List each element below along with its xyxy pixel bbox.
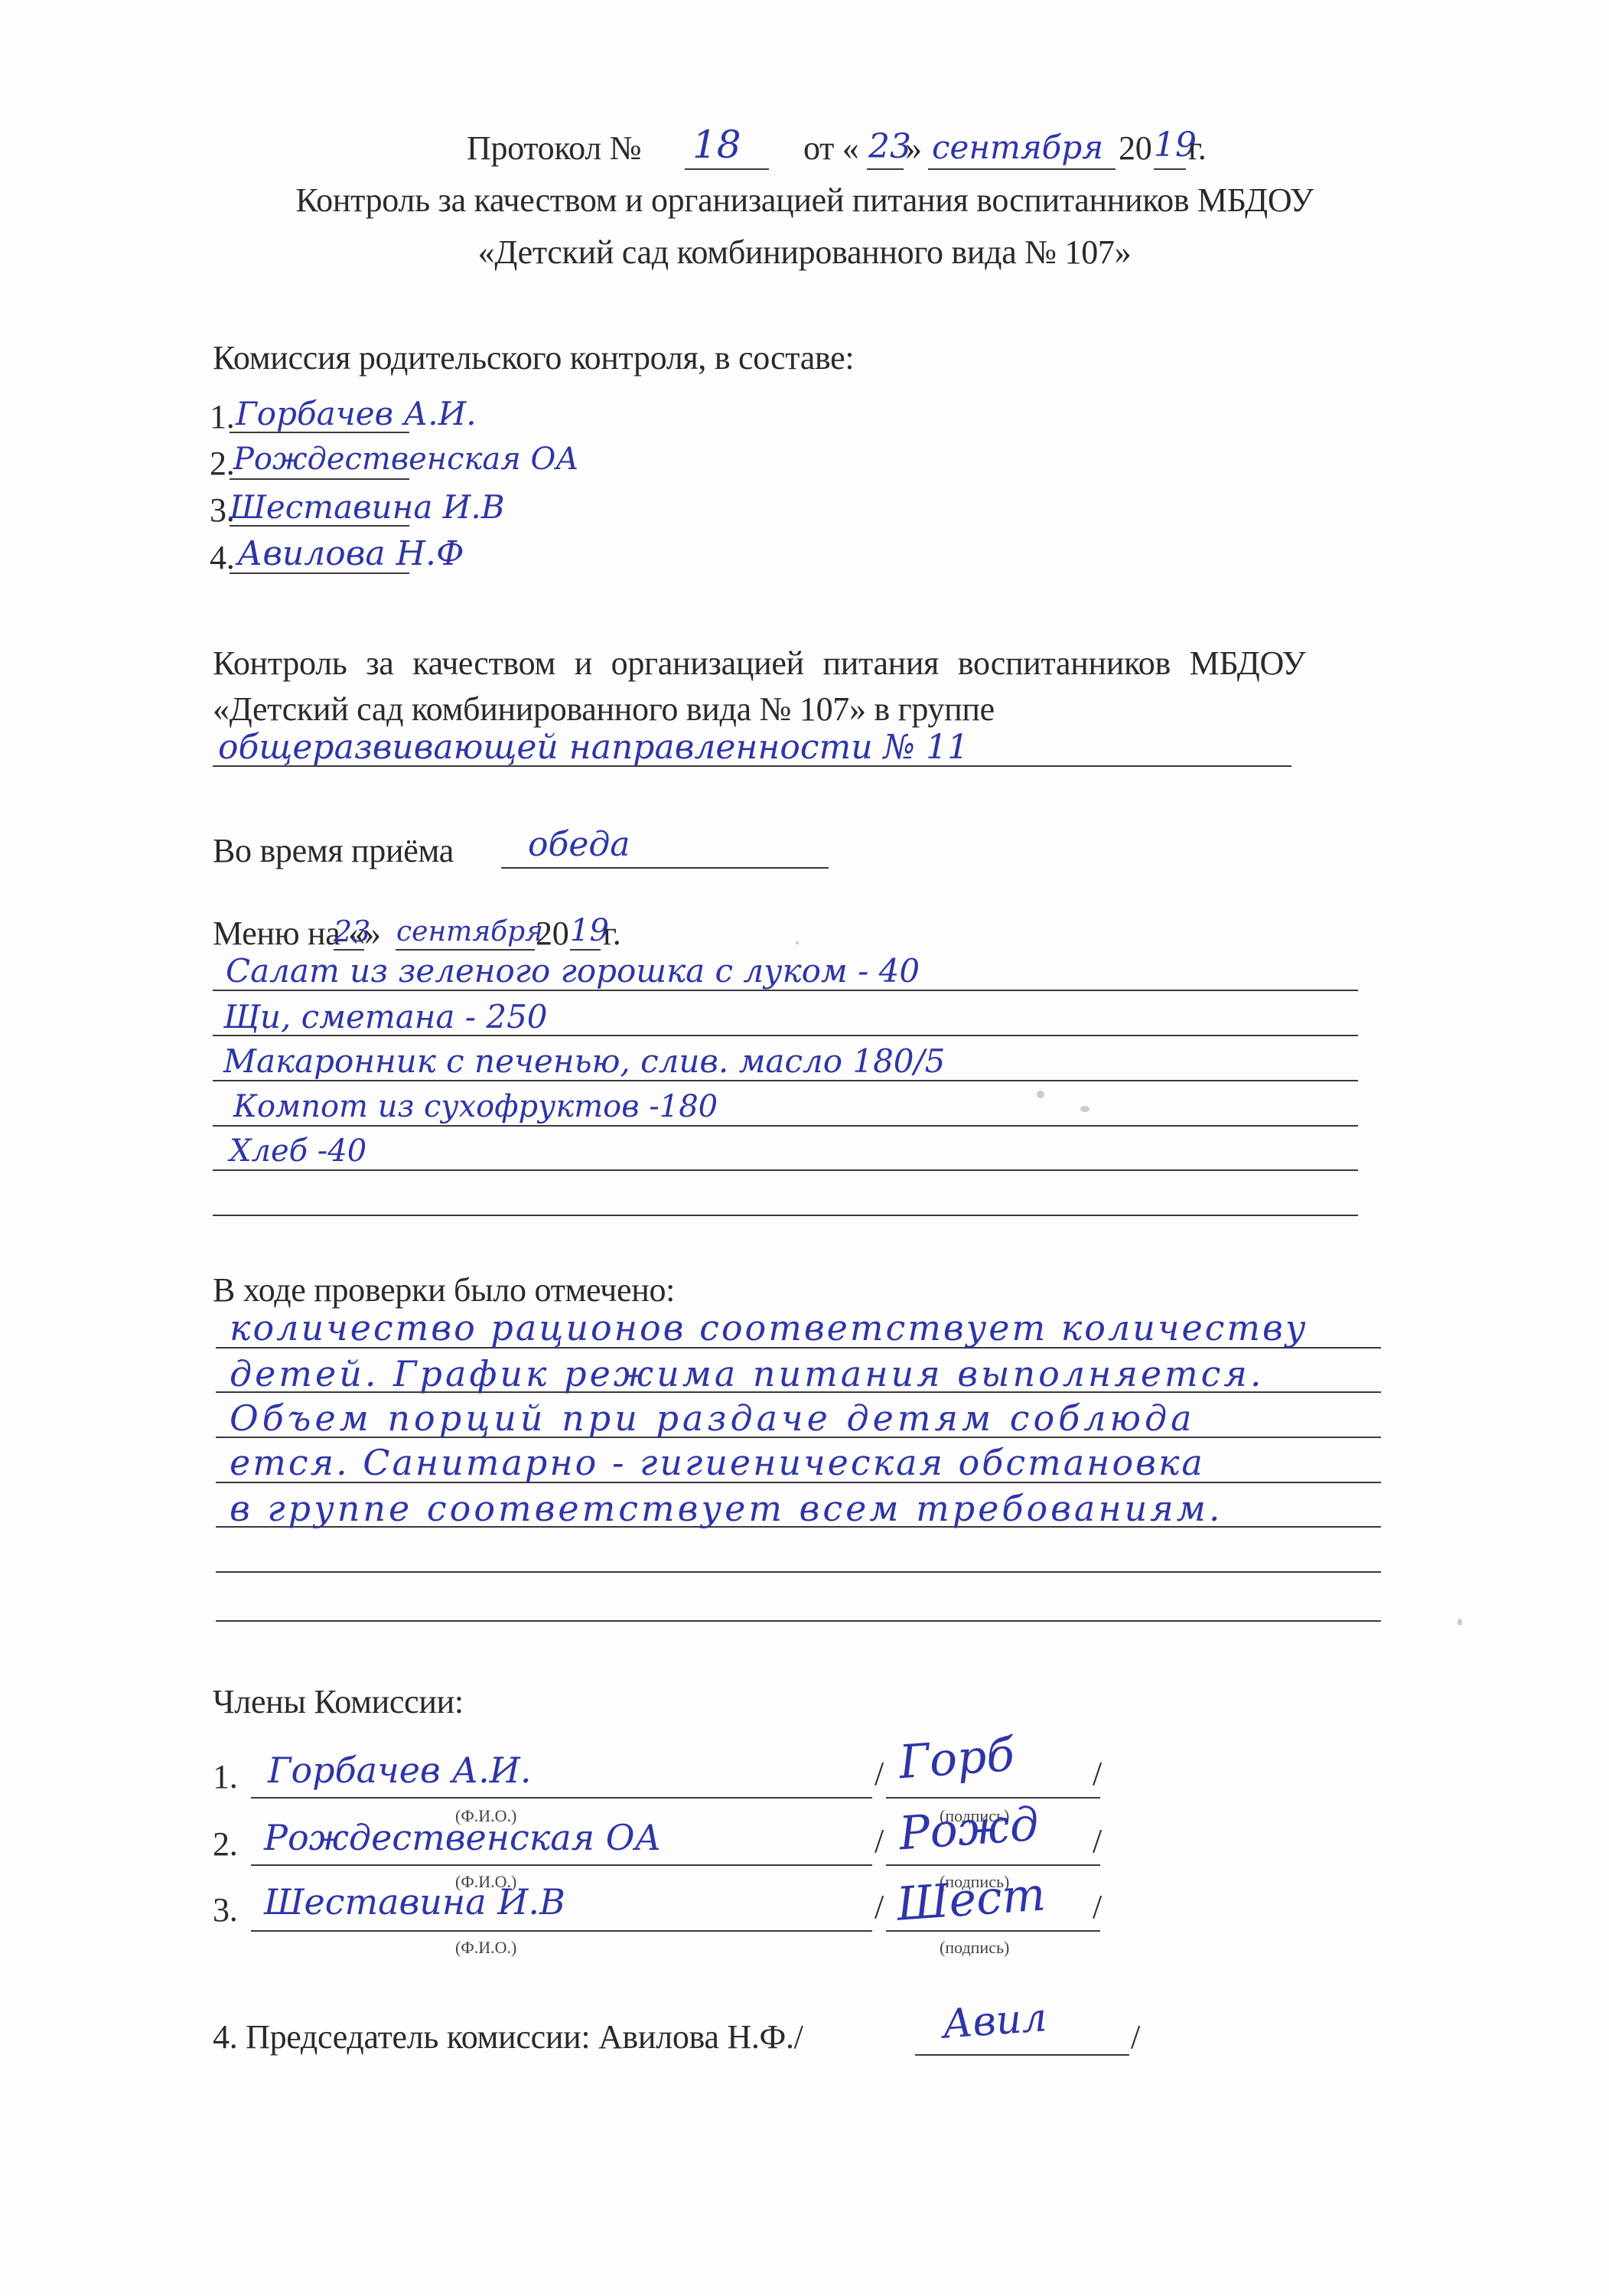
member-number: 2. — [213, 1828, 237, 1861]
commission-member-name: Горбачев А.И. — [236, 398, 477, 430]
document-title: Контроль за качеством и организацией пит… — [0, 184, 1609, 217]
notes-text: Объем порций при раздаче детям соблюда — [230, 1401, 1196, 1436]
member-signature-underline — [886, 1864, 1100, 1866]
control-text-line1: Контроль за качеством и организацией пит… — [213, 647, 1305, 680]
member-fio: Рождественская ОА — [264, 1820, 661, 1855]
scan-speck — [1037, 1091, 1044, 1098]
meal-value: обеда — [528, 828, 630, 862]
protocol-title-line: Протокол № — [467, 132, 641, 165]
menu-month: сентября — [396, 918, 543, 946]
protocol-year-underline — [1154, 168, 1186, 170]
member-fio-underline — [251, 1864, 872, 1866]
menu-item: Макаронник с печенью, слив. масло 180/5 — [223, 1045, 945, 1078]
control-text-line2: «Детский сад комбинированного вида № 107… — [213, 693, 995, 726]
member-signature-underline — [886, 1797, 1100, 1799]
signature-bracket-right: / — [1093, 1757, 1102, 1791]
protocol-month-underline — [928, 168, 1116, 170]
protocol-day-close: » — [905, 132, 922, 165]
member-signature: Горб — [897, 1732, 1016, 1786]
notes-line — [216, 1620, 1381, 1622]
menu-line — [213, 990, 1358, 991]
member-signature: Шест — [895, 1871, 1047, 1927]
scan-speck — [796, 941, 799, 944]
menu-line — [213, 1125, 1358, 1127]
notes-text: в группе соответствует всем требованиям. — [230, 1491, 1223, 1526]
notes-text: детей. График режима питания выполняется… — [230, 1356, 1265, 1391]
kindergarten-name: «Детский сад комбинированного вида № 107… — [0, 236, 1609, 269]
commission-member-underline — [230, 478, 409, 480]
notes-label: В ходе проверки было отмечено: — [213, 1274, 675, 1307]
signature-bracket-left: / — [875, 1825, 884, 1858]
member-fio-underline — [251, 1930, 872, 1932]
commission-member-name: Шеставина И.В — [230, 491, 505, 523]
protocol-number: 18 — [692, 126, 741, 164]
protocol-year-prefix: 20 — [1119, 132, 1151, 165]
member-fio-underline — [251, 1797, 872, 1799]
member-number: 3. — [213, 1893, 237, 1927]
group-value: общеразвивающей направленности № 11 — [218, 731, 969, 765]
menu-day-underline — [334, 949, 364, 951]
signature-caption: (подпись) — [940, 1938, 1009, 1958]
member-fio: Шеставина И.В — [264, 1884, 565, 1919]
protocol-date-from: от « — [803, 132, 858, 165]
commission-heading: Комиссия родительского контроля, в соста… — [213, 341, 854, 375]
members-heading: Члены Комиссии: — [213, 1685, 464, 1719]
menu-line — [213, 1080, 1358, 1081]
menu-line — [213, 1169, 1358, 1171]
protocol-day-underline — [867, 168, 904, 170]
protocol-number-underline — [685, 168, 769, 170]
protocol-label: Протокол № — [467, 129, 641, 167]
menu-item: Щи, сметана - 250 — [223, 1001, 548, 1033]
signature-bracket-right: / — [1093, 1890, 1102, 1924]
signature-bracket-left: / — [875, 1757, 884, 1791]
menu-day-close: » — [364, 917, 381, 951]
menu-year-end: г. — [603, 917, 620, 951]
menu-line — [213, 1215, 1358, 1216]
signature-bracket-right: / — [1093, 1825, 1102, 1858]
notes-text: количество рационов соответствует количе… — [230, 1310, 1308, 1345]
notes-text: ется. Санитарно - гигиеническая обстанов… — [230, 1445, 1205, 1480]
member-signature-underline — [886, 1930, 1100, 1932]
member-fio: Горбачев А.И. — [268, 1753, 532, 1788]
notes-line — [216, 1571, 1381, 1573]
menu-month-underline — [396, 949, 535, 951]
commission-member-name: Авилова Н.Ф — [237, 537, 464, 571]
menu-item: Хлеб -40 — [230, 1136, 366, 1166]
menu-year-underline — [570, 949, 601, 951]
fio-caption: (Ф.И.О.) — [455, 1938, 516, 1958]
commission-member-number: 2. — [210, 447, 234, 481]
chair-label: 4. Председатель комиссии: Авилова Н.Ф./ — [213, 2020, 803, 2054]
chair-end-slash: / — [1131, 2020, 1140, 2054]
meal-label: Во время приёма — [213, 834, 454, 868]
protocol-month: сентября — [932, 132, 1103, 164]
scan-speck — [1458, 1619, 1462, 1626]
member-signature: Рожд — [897, 1802, 1040, 1857]
scan-speck — [1080, 1106, 1089, 1112]
menu-item: Салат из зеленого горошка с луком - 40 — [226, 955, 920, 987]
meal-underline — [501, 867, 829, 869]
signature-bracket-left: / — [875, 1890, 884, 1924]
commission-member-name: Рождественская ОА — [233, 444, 579, 475]
commission-member-number: 1. — [210, 400, 234, 434]
member-number: 1. — [213, 1760, 237, 1794]
chair-signature-underline — [915, 2054, 1129, 2056]
menu-item: Компот из сухофруктов -180 — [233, 1091, 718, 1122]
menu-year-prefix: 20 — [536, 917, 568, 951]
chair-signature: Авил — [941, 1998, 1048, 2044]
commission-member-number: 4. — [210, 541, 234, 575]
protocol-year-end: г. — [1188, 132, 1206, 165]
